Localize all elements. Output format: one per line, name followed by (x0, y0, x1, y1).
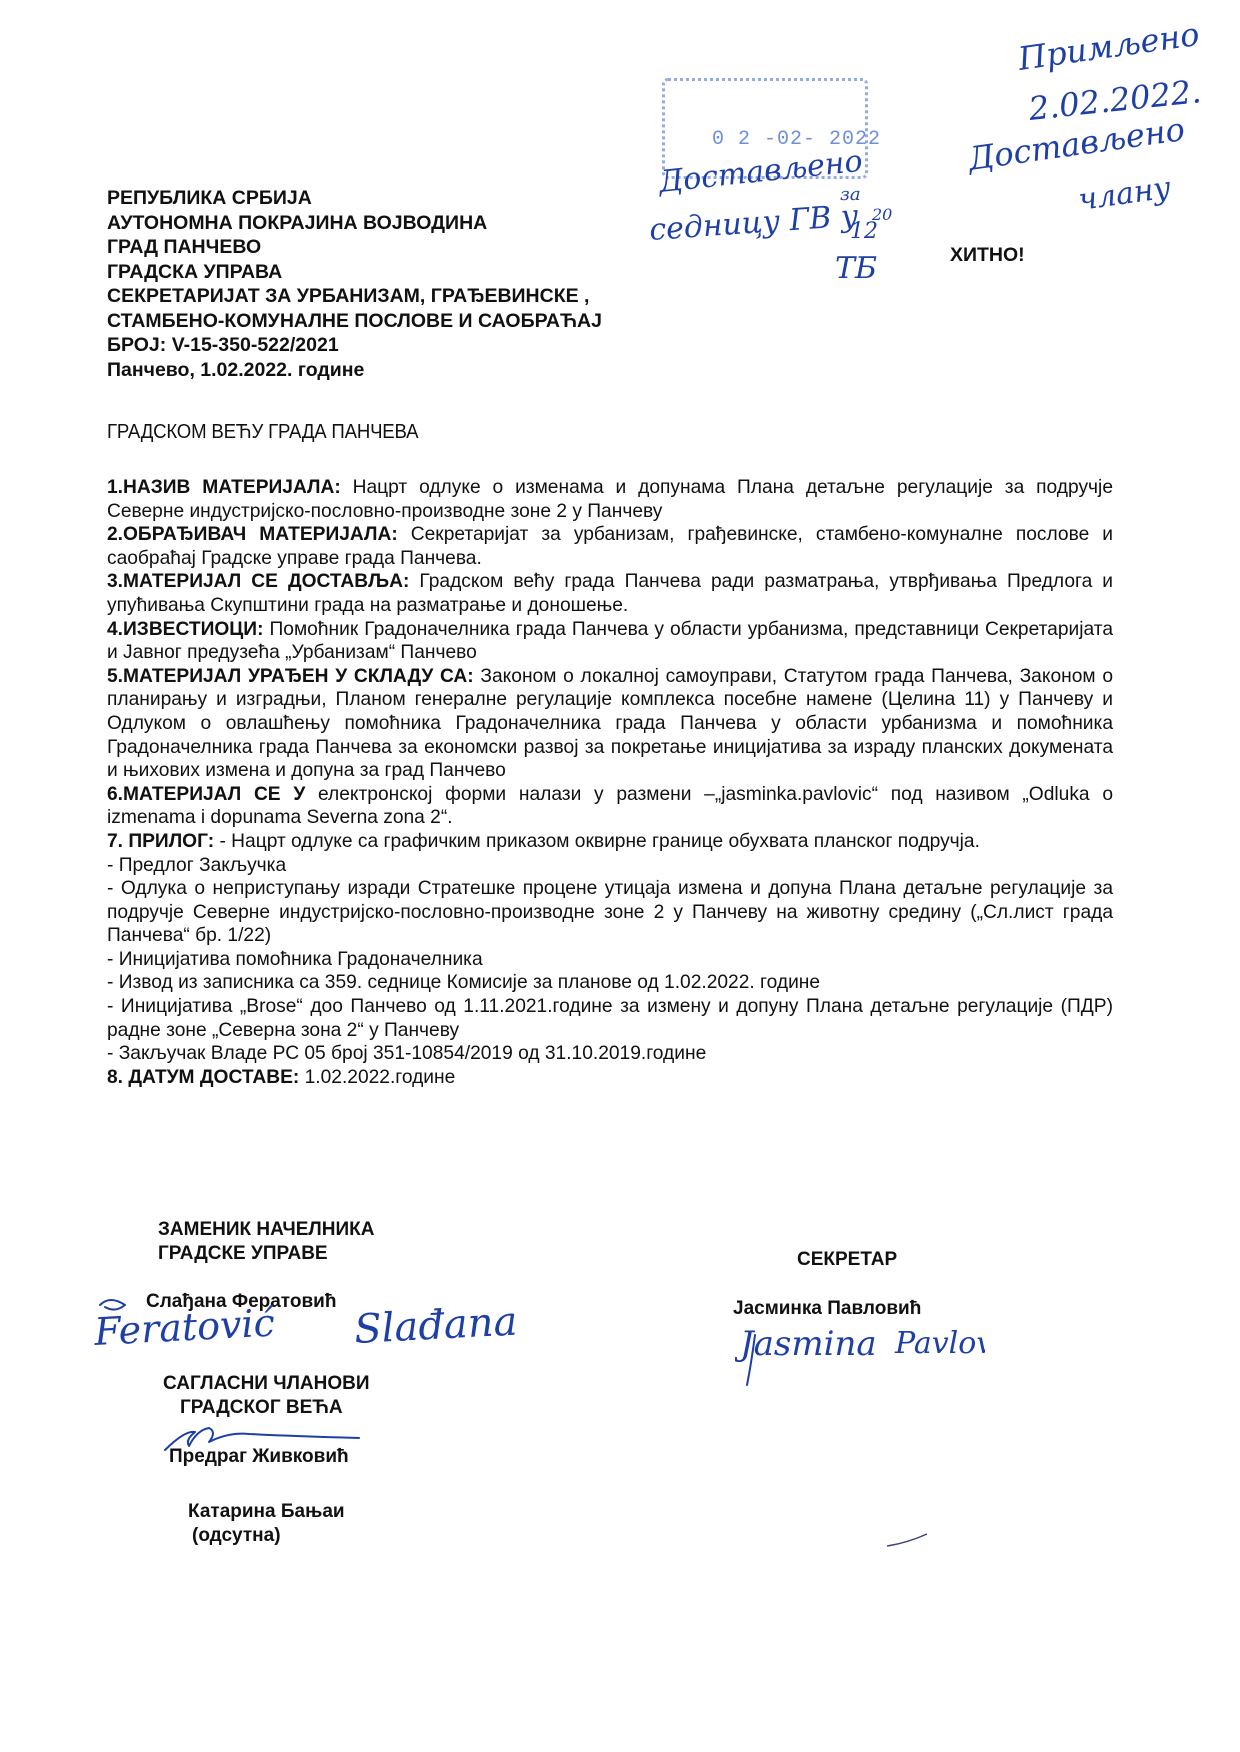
handwritten-stamp-note: Достављено седницу ГВ у за 12 20 ТБ (640, 150, 930, 290)
secretary-signature: Jasmina Pavlov (735, 1315, 985, 1390)
attachment-item: - Иницијатива „Brose“ доо Панчево од 1.1… (107, 995, 1113, 1042)
document-date: Панчево, 1.02.2022. године (107, 358, 602, 383)
secretary-title: СЕКРЕТАР (797, 1248, 897, 1272)
svg-text:Примљено: Примљено (1015, 20, 1202, 78)
header-line-secretariat-1: СЕКРЕТАРИЈАТ ЗА УРБАНИЗАМ, ГРАЂЕВИНСКЕ , (107, 284, 602, 309)
section-material-name: 1.НАЗИВ МАТЕРИЈАЛА: Нацрт одлуке о измен… (107, 476, 1113, 523)
document-header: РЕПУБЛИКА СРБИЈА АУТОНОМНА ПОКРАЈИНА ВОЈ… (107, 186, 602, 382)
svg-text:20: 20 (871, 205, 892, 224)
urgent-label: ХИТНО! (950, 244, 1025, 267)
svg-text:седницу ГВ у: седницу ГВ у (648, 198, 860, 248)
section-rapporteurs: 4.ИЗВЕСТИОЦИ: Помоћник Градоначелника гр… (107, 618, 1113, 665)
section-material-recipient: 3.МАТЕРИЈАЛ СЕ ДОСТАВЉА: Градском већу г… (107, 570, 1113, 617)
attachment-item: - Иницијатива помоћника Градоначелника (107, 948, 1113, 972)
member-name-banjai: Катарина Бањаи (188, 1500, 345, 1524)
section-delivery-date: 8. ДАТУМ ДОСТАВЕ: 1.02.2022.године (107, 1066, 1113, 1090)
header-line-province: АУТОНОМНА ПОКРАЈИНА ВОЈВОДИНА (107, 211, 602, 236)
svg-text:Slađana: Slađana (353, 1299, 518, 1353)
header-line-secretariat-2: СТАМБЕНО-КОМУНАЛНЕ ПОСЛОВЕ И САОБРАЋАЈ (107, 309, 602, 334)
council-title: САГЛАСНИ ЧЛАНОВИ ГРАДСКОГ ВЕЋА (163, 1372, 370, 1420)
attachment-item: - Одлука о неприступању изради Стратешке… (107, 877, 1113, 948)
deputy-title: ЗАМЕНИК НАЧЕЛНИКА ГРАДСКЕ УПРАВЕ (158, 1218, 374, 1266)
attachment-item: - Извод из записника са 359. седнице Ком… (107, 971, 1113, 995)
section-attachments: 7. ПРИЛОГ: - Нацрт одлуке са графичким п… (107, 830, 1113, 854)
member-name-zivkovic: Предраг Живковић (169, 1445, 349, 1469)
svg-text:за: за (840, 184, 861, 205)
attachment-item: - Предлог Закључка (107, 854, 1113, 878)
svg-text:Достављено: Достављено (655, 150, 864, 200)
handwritten-received-note: Примљено 2.02.2022. Достављено члану (940, 20, 1240, 230)
section-material-author: 2.ОБРАЂИВАЧ МАТЕРИЈАЛА: Секретаријат за … (107, 523, 1113, 570)
section-legal-basis: 5.МАТЕРИЈАЛ УРАЂЕН У СКЛАДУ СА: Законом … (107, 665, 1113, 783)
stamp-date: 0 2 -02- 2022 (712, 128, 881, 151)
header-line-city: ГРАД ПАНЧЕВО (107, 235, 602, 260)
svg-text:ТБ: ТБ (835, 251, 877, 286)
section-electronic-form: 6.МАТЕРИЈАЛ СЕ У електронској форми нала… (107, 783, 1113, 830)
header-line-republic: РЕПУБЛИКА СРБИЈА (107, 186, 602, 211)
document-number: БРОЈ: V-15-350-522/2021 (107, 333, 602, 358)
svg-text:Feratović: Feratović (92, 1301, 276, 1354)
svg-text:Pavlov: Pavlov (894, 1326, 985, 1361)
stray-pen-mark (885, 1530, 935, 1550)
deputy-signature: Feratović Slađana (90, 1285, 530, 1365)
svg-text:члану: члану (1076, 170, 1173, 218)
document-body: 1.НАЗИВ МАТЕРИЈАЛА: Нацрт одлуке о измен… (107, 476, 1113, 1089)
header-line-administration: ГРАДСКА УПРАВА (107, 260, 602, 285)
attachment-item: - Закључак Владе РС 05 број 351-10854/20… (107, 1042, 1113, 1066)
addressee: ГРАДСКОМ ВЕЋУ ГРАДА ПАНЧЕВА (107, 421, 418, 444)
member-status-absent: (одсутна) (192, 1524, 281, 1548)
svg-text:Jasmina: Jasmina (735, 1324, 877, 1364)
